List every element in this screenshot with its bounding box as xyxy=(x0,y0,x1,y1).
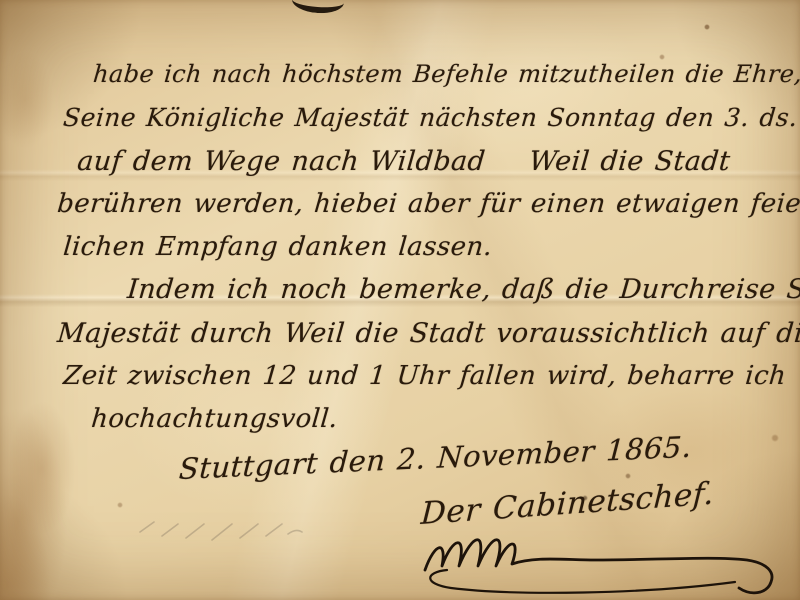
scanned-letter-page: habe ich nach höchstem Befehle mitzuthei… xyxy=(0,0,800,600)
handwritten-line: lichen Empfang danken lassen. xyxy=(62,232,494,262)
handwritten-line: Seine Königliche Majestät nächsten Sonnt… xyxy=(62,103,800,132)
handwritten-line: Indem ich noch bemerke, daß die Durchrei… xyxy=(126,274,800,305)
date-line: Stuttgart den 2. November 1865. xyxy=(178,430,693,486)
handwritten-line: berühren werden, hiebei aber für einen e… xyxy=(56,189,800,219)
handwritten-line: habe ich nach höchstem Befehle mitzuthei… xyxy=(92,60,800,88)
signature-flourish xyxy=(395,520,800,600)
handwritten-line: Majestät durch Weil die Stadt voraussich… xyxy=(56,318,800,349)
ink-smudge-top-edge xyxy=(291,0,345,15)
ink-offset-ghost xyxy=(128,512,318,554)
handwritten-line: Zeit zwischen 12 und 1 Uhr fallen wird, … xyxy=(62,361,787,391)
handwritten-line: auf dem Wege nach Wildbad Weil die Stadt xyxy=(76,146,732,177)
handwritten-line: hochachtungsvoll. xyxy=(90,404,339,434)
